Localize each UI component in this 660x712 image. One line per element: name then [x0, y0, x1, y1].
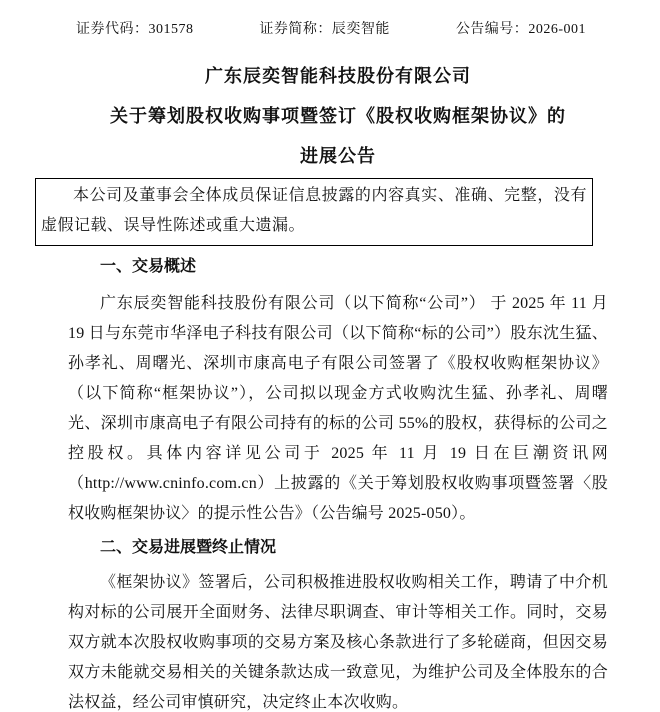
announcement-document: 证券代码：301578 证券简称：辰奕智能 公告编号：2026-001 广东辰奕… [0, 0, 660, 712]
company-name-title: 广东辰奕智能科技股份有限公司 [68, 56, 608, 96]
stock-code-value: 301578 [149, 22, 194, 37]
announcement-number-value: 2026-001 [528, 22, 586, 37]
stock-code-label: 证券代码： [76, 22, 149, 37]
section-2-paragraph: 《框架协议》签署后，公司积极推进股权收购相关工作，聘请了中介机构对标的公司展开全… [68, 568, 608, 712]
section-2-heading: 二、交易进展暨终止情况 [68, 539, 608, 557]
doc-header: 证券代码：301578 证券简称：辰奕智能 公告编号：2026-001 [68, 22, 608, 38]
announcement-subject-line-2: 进展公告 [68, 136, 608, 176]
section-1-paragraph: 广东辰奕智能科技股份有限公司（以下简称“公司”） 于 2025 年 11 月 1… [68, 289, 608, 529]
title-block: 广东辰奕智能科技股份有限公司 关于筹划股权收购事项暨签订《股权收购框架协议》的 … [68, 56, 608, 176]
stock-name-label: 证券简称： [259, 22, 332, 37]
disclaimer-text: 本公司及董事会全体成员保证信息披露的内容真实、准确、完整，没有虚假记载、误导性陈… [41, 181, 587, 241]
stock-code: 证券代码：301578 [76, 22, 194, 38]
section-1-heading: 一、交易概述 [68, 258, 608, 276]
stock-name-value: 辰奕智能 [332, 22, 390, 37]
announcement-number: 公告编号：2026-001 [456, 22, 586, 38]
announcement-subject-line-1: 关于筹划股权收购事项暨签订《股权收购框架协议》的 [68, 96, 608, 136]
disclaimer-box: 本公司及董事会全体成员保证信息披露的内容真实、准确、完整，没有虚假记载、误导性陈… [35, 178, 593, 246]
stock-name: 证券简称：辰奕智能 [259, 22, 390, 38]
announcement-number-label: 公告编号： [456, 22, 529, 37]
